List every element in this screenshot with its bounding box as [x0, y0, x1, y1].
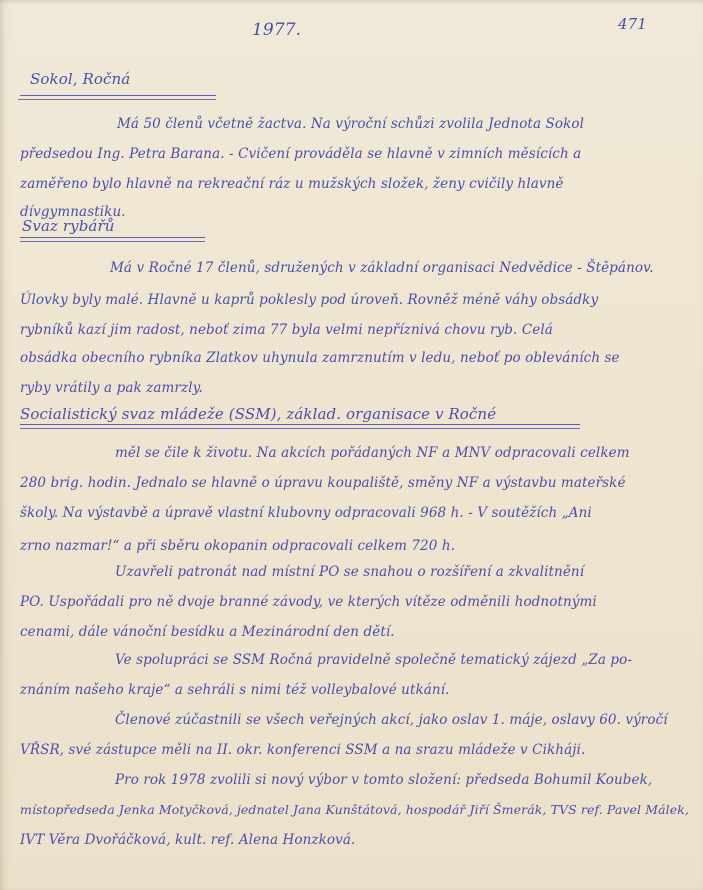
text-line: Úlovky byly malé. Hlavně u kaprů poklesl…: [20, 292, 598, 308]
heading-underline: [20, 428, 580, 429]
text-line: Má v Ročné 17 členů, sdružených v základ…: [110, 260, 654, 276]
text-line: školy. Na výstavbě a úpravě vlastní klub…: [20, 505, 592, 521]
text-line: Pro rok 1978 zvolili si nový výbor v tom…: [115, 772, 652, 788]
text-line: ryby vrátily a pak zamrzly.: [20, 380, 203, 396]
text-line: obsádka obecního rybníka Zlatkov uhynula…: [20, 350, 620, 366]
text-line: místopředseda Jenka Motyčková, jednatel …: [20, 802, 689, 817]
heading-underline: [20, 237, 205, 238]
text-line: zaměřeno bylo hlavně na rekreační ráz u …: [20, 176, 564, 192]
text-line: 280 brig. hodin. Jednalo se hlavně o úpr…: [20, 475, 626, 491]
text-line: Ve spolupráci se SSM Ročná pravidelně sp…: [115, 652, 632, 668]
heading-underline: [18, 99, 216, 100]
heading-underline: [20, 241, 205, 242]
section-heading-ssm: Socialistický svaz mládeže (SSM), základ…: [20, 405, 496, 423]
heading-underline: [20, 424, 580, 425]
year-heading: 1977.: [252, 20, 301, 40]
text-line: PO. Uspořádali pro ně dvoje branné závod…: [20, 594, 597, 610]
text-line: VŘSR, své zástupce měli na II. okr. konf…: [20, 742, 585, 758]
text-line: cenami, dále vánoční besídku a Mezinárod…: [20, 624, 395, 640]
text-line: znáním našeho kraje“ a sehráli s nimi té…: [20, 682, 450, 698]
page-number: 471: [618, 15, 647, 33]
text-line: Uzavřeli patronát nad místní PO se snaho…: [115, 564, 584, 580]
text-line: zrno nazmar!“ a při sběru okopanin odpra…: [20, 538, 455, 554]
chronicle-page: 1977. 471 Sokol, Ročná Má 50 členů včetn…: [0, 0, 703, 890]
text-line: rybníků kazí jim radost, neboť zima 77 b…: [20, 322, 553, 338]
section-heading-fishermen: Svaz rybářů: [22, 217, 114, 235]
text-line: předsedou Ing. Petra Barana. - Cvičení p…: [20, 146, 581, 162]
heading-underline: [20, 95, 216, 96]
text-line: IVT Věra Dvořáčková, kult. ref. Alena Ho…: [20, 832, 355, 848]
text-line: Členové zúčastnili se všech veřejných ak…: [115, 712, 668, 728]
section-heading-sokol: Sokol, Ročná: [30, 70, 130, 88]
text-line: měl se čile k životu. Na akcích pořádaný…: [115, 445, 630, 461]
text-line: Má 50 členů včetně žactva. Na výroční sc…: [117, 116, 584, 132]
